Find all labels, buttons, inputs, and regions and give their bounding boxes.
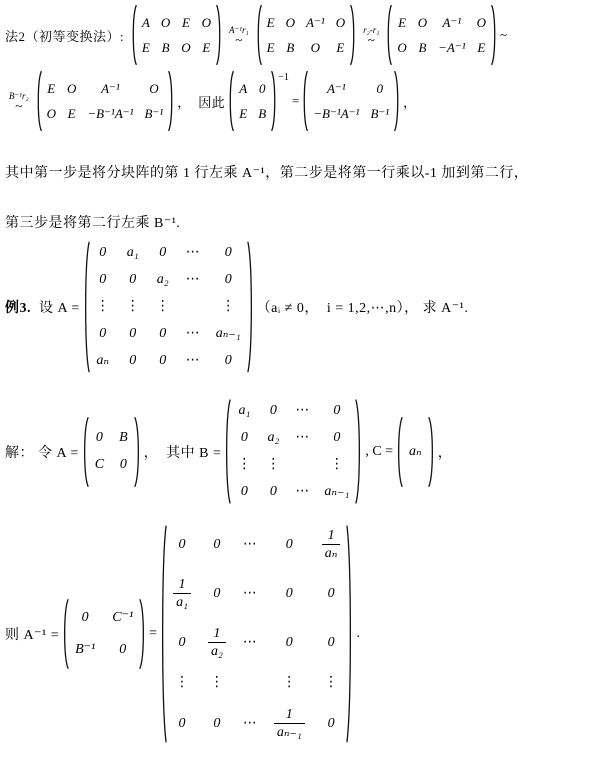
matrix-cell: 0: [224, 271, 232, 289]
derivation-line-2: B⁻¹r₂ ~ EOA⁻¹OOE−B⁻¹A⁻¹B⁻¹ ， 因此 A0EB−1 =…: [5, 71, 610, 131]
matrix-grid: a₁0⋯00a₂⋯0⋮⋮⋮00⋯aₙ₋₁: [231, 399, 355, 504]
matrix-after-step-1: EOA⁻¹OEBOE: [256, 5, 356, 65]
matrix-cell: B: [162, 39, 170, 57]
document-page: 法2（初等变换法）: AOEOEBOE A⁻¹r₁ ~ EOA⁻¹OEBOE r…: [0, 0, 614, 771]
example-3-row: 例3. 设 A = 0a₁0⋯000a₂⋯0⋮⋮⋮⋮000⋯aₙ₋₁aₙ00⋯0…: [5, 241, 610, 373]
paren-right-icon: [428, 417, 435, 487]
matrix-cell: 0: [333, 429, 341, 447]
row-operation-1: A⁻¹r₁ ~: [229, 26, 249, 44]
matrix-cell: 0: [285, 634, 293, 652]
equals-sign: =: [292, 93, 299, 109]
matrix-cell: O: [181, 39, 190, 57]
matrix-cell: 0: [178, 715, 186, 733]
matrix-a-definition: 0a₁0⋯000a₂⋯0⋮⋮⋮⋮000⋯aₙ₋₁aₙ00⋯0: [83, 241, 254, 373]
final-period: .: [356, 626, 360, 642]
matrix-cell: ⋮: [156, 298, 170, 316]
paren-right-icon: [139, 599, 146, 669]
matrix-cell: 0: [159, 244, 167, 262]
matrix-cell: O: [397, 39, 406, 57]
matrix-cell: E: [142, 39, 150, 57]
matrix-after-step-3: EOA⁻¹OOE−B⁻¹A⁻¹B⁻¹: [36, 71, 175, 131]
matrix-cell: B: [119, 429, 128, 447]
paren-left-icon: [83, 241, 90, 373]
matrix-cell: −B⁻¹A⁻¹: [87, 105, 133, 123]
matrix-cell: a₁: [238, 402, 250, 420]
fraction-denominator: a₂: [208, 642, 226, 660]
matrix-cell: ⋮: [210, 674, 224, 692]
matrix-cell: O: [47, 105, 56, 123]
matrix-cell: A: [239, 80, 247, 98]
matrix-cell: ⋮: [282, 674, 296, 692]
matrix-cell: O: [161, 14, 170, 32]
matrix-cell: ⋯: [243, 536, 257, 554]
matrix-inverse-lhs: A0EB−1: [228, 71, 289, 131]
c-definition-label: , C =: [365, 444, 393, 460]
paren-right-icon: [247, 241, 254, 373]
matrix-cell: ⋮: [126, 298, 140, 316]
matrix-grid: EOA⁻¹OEBOE: [262, 12, 350, 59]
matrix-cell: aₙ₋₁: [216, 325, 241, 343]
final-lead: 则 A⁻¹ =: [5, 624, 59, 644]
matrix-cell: E: [182, 14, 190, 32]
example-condition: （aᵢ ≠ 0， i = 1,2,⋯,n）， 求 A⁻¹.: [257, 297, 469, 317]
matrix-a-inverse-result: 00⋯01aₙ1a₁0⋯0001a₂⋯00⋮⋮⋮⋮00⋯1aₙ₋₁0: [160, 524, 353, 744]
fraction-denominator: aₙ₋₁: [274, 723, 305, 741]
matrix-cell: E: [336, 39, 344, 57]
fraction-denominator: aₙ: [322, 544, 341, 562]
fraction-denominator: a₁: [173, 593, 191, 611]
matrix-grid: 00⋯01aₙ1a₁0⋯0001a₂⋯00⋮⋮⋮⋮00⋯1aₙ₋₁0: [167, 524, 346, 744]
fraction-numerator: 1: [325, 528, 338, 544]
matrix-cell: 0: [213, 585, 221, 603]
matrix-grid: A0EB: [234, 78, 271, 125]
matrix-cell: E: [267, 14, 275, 32]
matrix-cell: 0: [376, 80, 384, 98]
paren-left-icon: [82, 417, 89, 487]
matrix-cell: ⋯: [186, 352, 200, 370]
matrix-c-definition: aₙ: [396, 417, 435, 487]
matrix-cell: aₙ₋₁: [324, 483, 349, 501]
matrix-grid: EOA⁻¹OOB−A⁻¹E: [392, 12, 491, 59]
matrix-cell: ⋯: [295, 402, 309, 420]
matrix-cell: 0: [119, 456, 127, 474]
matrix-cell: a₂: [157, 271, 169, 289]
matrix-cell: ⋮: [330, 456, 344, 474]
paren-right-icon: [271, 71, 277, 131]
matrix-cell: A: [142, 14, 150, 32]
matrix-cell: E: [398, 14, 406, 32]
matrix-cell: ⋮: [324, 674, 338, 692]
matrix-cell: O: [311, 39, 320, 57]
matrix-grid: A⁻¹0−B⁻¹A⁻¹B⁻¹: [308, 78, 394, 125]
matrix-cell: 0: [159, 325, 167, 343]
matrix-cell: 1aₙ₋₁: [274, 706, 305, 741]
matrix-block-form: 0BC0: [82, 417, 141, 487]
matrix-cell: ⋯: [243, 585, 257, 603]
matrix-cell: E: [267, 39, 275, 57]
matrix-cell: E: [47, 80, 55, 98]
matrix-cell: 0: [119, 641, 127, 659]
matrix-cell: E: [68, 105, 76, 123]
final-result-row: 则 A⁻¹ = 0C⁻¹B⁻¹0 = 00⋯01aₙ1a₁0⋯0001a₂⋯00…: [5, 524, 610, 744]
matrix-cell: 0: [81, 609, 89, 627]
paren-right-icon: [350, 5, 356, 65]
paren-right-icon: [491, 5, 497, 65]
matrix-cell: ⋯: [295, 429, 309, 447]
paren-right-icon: [168, 71, 174, 131]
matrix-after-step-2: EOA⁻¹OOB−A⁻¹E: [386, 5, 497, 65]
explanation-paragraph-2: 第三步是将第二行左乘 B⁻¹.: [5, 214, 610, 234]
matrix-cell: 0: [240, 483, 248, 501]
matrix-cell: 0: [333, 402, 341, 420]
matrix-cell: O: [336, 14, 345, 32]
matrix-cell: O: [477, 14, 486, 32]
matrix-cell: B: [286, 39, 294, 57]
matrix-cell: 0: [129, 352, 137, 370]
matrix-cell: a₁: [127, 244, 139, 262]
matrix-cell: A⁻¹: [101, 80, 120, 98]
matrix-cell: ⋯: [295, 483, 309, 501]
paren-right-icon: [216, 5, 222, 65]
paren-left-icon: [224, 399, 231, 504]
matrix-cell: 0: [159, 352, 167, 370]
paren-right-icon: [134, 417, 141, 487]
matrix-cell: O: [149, 80, 158, 98]
fraction: 1aₙ₋₁: [274, 707, 305, 741]
trailing-comma: ，: [403, 92, 416, 111]
matrix-cell: A⁻¹: [306, 14, 325, 32]
matrix-cell: aₙ: [409, 443, 422, 461]
example-label: 例3.: [5, 297, 31, 317]
matrix-cell: ⋯: [243, 634, 257, 652]
fraction: 1aₙ: [322, 528, 341, 562]
fraction-numerator: 1: [176, 577, 189, 593]
matrix-cell: 0: [129, 325, 137, 343]
matrix-inverse-block-form: 0C⁻¹B⁻¹0: [62, 599, 146, 669]
matrix-cell: B: [418, 39, 426, 57]
matrix-cell: B⁻¹: [145, 105, 164, 123]
matrix-cell: −A⁻¹: [438, 39, 465, 57]
matrix-cell: 0: [178, 536, 186, 554]
tilde-icon: ~: [368, 35, 375, 44]
matrix-cell: 0: [99, 271, 107, 289]
matrix-cell: 0: [327, 634, 335, 652]
matrix-grid: EOA⁻¹OOE−B⁻¹A⁻¹B⁻¹: [42, 78, 169, 125]
matrix-cell: 0: [213, 715, 221, 733]
matrix-grid: 0BC0: [89, 426, 134, 477]
matrix-cell: B⁻¹: [370, 105, 389, 123]
matrix-cell: 0: [269, 483, 277, 501]
matrix-grid: aₙ: [403, 440, 428, 464]
matrix-cell: E: [202, 39, 210, 57]
paren-left-icon: [396, 417, 403, 487]
paren-right-icon: [346, 524, 353, 744]
matrix-cell: O: [202, 14, 211, 32]
derivation-line-1: 法2（初等变换法）: AOEOEBOE A⁻¹r₁ ~ EOA⁻¹OEBOE r…: [5, 5, 610, 65]
matrix-cell: ⋮: [266, 456, 280, 474]
matrix-cell: ⋯: [186, 244, 200, 262]
matrix-cell: B: [258, 105, 266, 123]
row-operation-3: B⁻¹r₂ ~: [9, 92, 29, 110]
matrix-cell: 0: [240, 429, 248, 447]
matrix-grid: AOEOEBOE: [137, 12, 216, 59]
solution-lead: 令 A =: [34, 442, 79, 462]
fraction: 1a₂: [208, 626, 226, 660]
matrix-cell: aₙ: [96, 352, 109, 370]
matrix-cell: 0: [258, 80, 266, 98]
matrix-cell: O: [418, 14, 427, 32]
matrix-cell: O: [67, 80, 76, 98]
matrix-cell: 0: [178, 634, 186, 652]
matrix-b-definition: a₁0⋯00a₂⋯0⋮⋮⋮00⋯aₙ₋₁: [224, 399, 362, 504]
solution-label: 解：: [5, 442, 34, 462]
matrix-cell: 0: [269, 402, 277, 420]
matrix-cell: 0: [285, 536, 293, 554]
matrix-cell: E: [477, 39, 485, 57]
matrix-cell: O: [286, 14, 295, 32]
fraction: 1a₁: [173, 577, 191, 611]
matrix-cell: C: [95, 456, 104, 474]
matrix-cell: 1a₂: [208, 625, 226, 660]
tilde-icon: ~: [235, 35, 242, 44]
method-label: 法2（初等变换法）:: [5, 26, 128, 45]
matrix-cell: 0: [285, 585, 293, 603]
matrix-cell: 0: [327, 585, 335, 603]
matrix-cell: ⋯: [186, 271, 200, 289]
fraction-numerator: 1: [210, 626, 223, 642]
therefore-text: ， 因此: [177, 92, 225, 111]
matrix-cell: A⁻¹: [443, 14, 462, 32]
matrix-cell: ⋮: [237, 456, 251, 474]
final-equals-sign: =: [149, 626, 157, 642]
matrix-inverse-rhs: A⁻¹0−B⁻¹A⁻¹B⁻¹: [302, 71, 400, 131]
matrix-cell: 0: [99, 244, 107, 262]
matrix-cell: ⋮: [175, 674, 189, 692]
matrix-cell: 1aₙ: [322, 527, 341, 562]
matrix-grid: 0a₁0⋯000a₂⋯0⋮⋮⋮⋮000⋯aₙ₋₁aₙ00⋯0: [90, 241, 247, 373]
paren-right-icon: [394, 71, 400, 131]
matrix-cell: 0: [99, 325, 107, 343]
solution-mid: ， 其中 B =: [144, 442, 222, 462]
paren-left-icon: [62, 599, 69, 669]
matrix-cell: ⋮: [221, 298, 235, 316]
trailing-tilde: ~: [500, 27, 507, 43]
matrix-cell: 0: [213, 536, 221, 554]
matrix-cell: A⁻¹: [327, 80, 346, 98]
matrix-cell: −B⁻¹A⁻¹: [313, 105, 359, 123]
matrix-cell: ⋮: [96, 298, 110, 316]
solution-trailing-comma: ，: [438, 442, 452, 462]
explanation-paragraph-1: 其中第一步是将分块阵的第 1 行左乘 A⁻¹，第二步是将第一行乘以-1 加到第二…: [5, 164, 610, 184]
matrix-cell: ⋯: [243, 715, 257, 733]
matrix-augmented-start: AOEOEBOE: [131, 5, 222, 65]
matrix-cell: 0: [224, 244, 232, 262]
matrix-cell: C⁻¹: [112, 609, 133, 627]
row-operation-2: r₂-r₁ ~: [363, 26, 379, 44]
matrix-cell: E: [239, 105, 247, 123]
example-lead: 设 A =: [31, 297, 80, 317]
matrix-cell: 0: [95, 429, 103, 447]
tilde-icon: ~: [15, 101, 22, 110]
matrix-cell: 0: [129, 271, 137, 289]
matrix-cell: 1a₁: [173, 576, 191, 611]
matrix-grid: 0C⁻¹B⁻¹0: [69, 606, 139, 662]
matrix-cell: 0: [327, 715, 335, 733]
matrix-cell: 0: [224, 352, 232, 370]
paren-right-icon: [355, 399, 362, 504]
matrix-cell: ⋯: [186, 325, 200, 343]
solution-row: 解： 令 A = 0BC0 ， 其中 B = a₁0⋯00a₂⋯0⋮⋮⋮00⋯a…: [5, 399, 610, 504]
paren-left-icon: [160, 524, 167, 744]
matrix-exponent: −1: [278, 72, 289, 83]
matrix-cell: B⁻¹: [75, 641, 95, 659]
matrix-cell: a₂: [267, 429, 279, 447]
fraction-numerator: 1: [283, 707, 296, 723]
